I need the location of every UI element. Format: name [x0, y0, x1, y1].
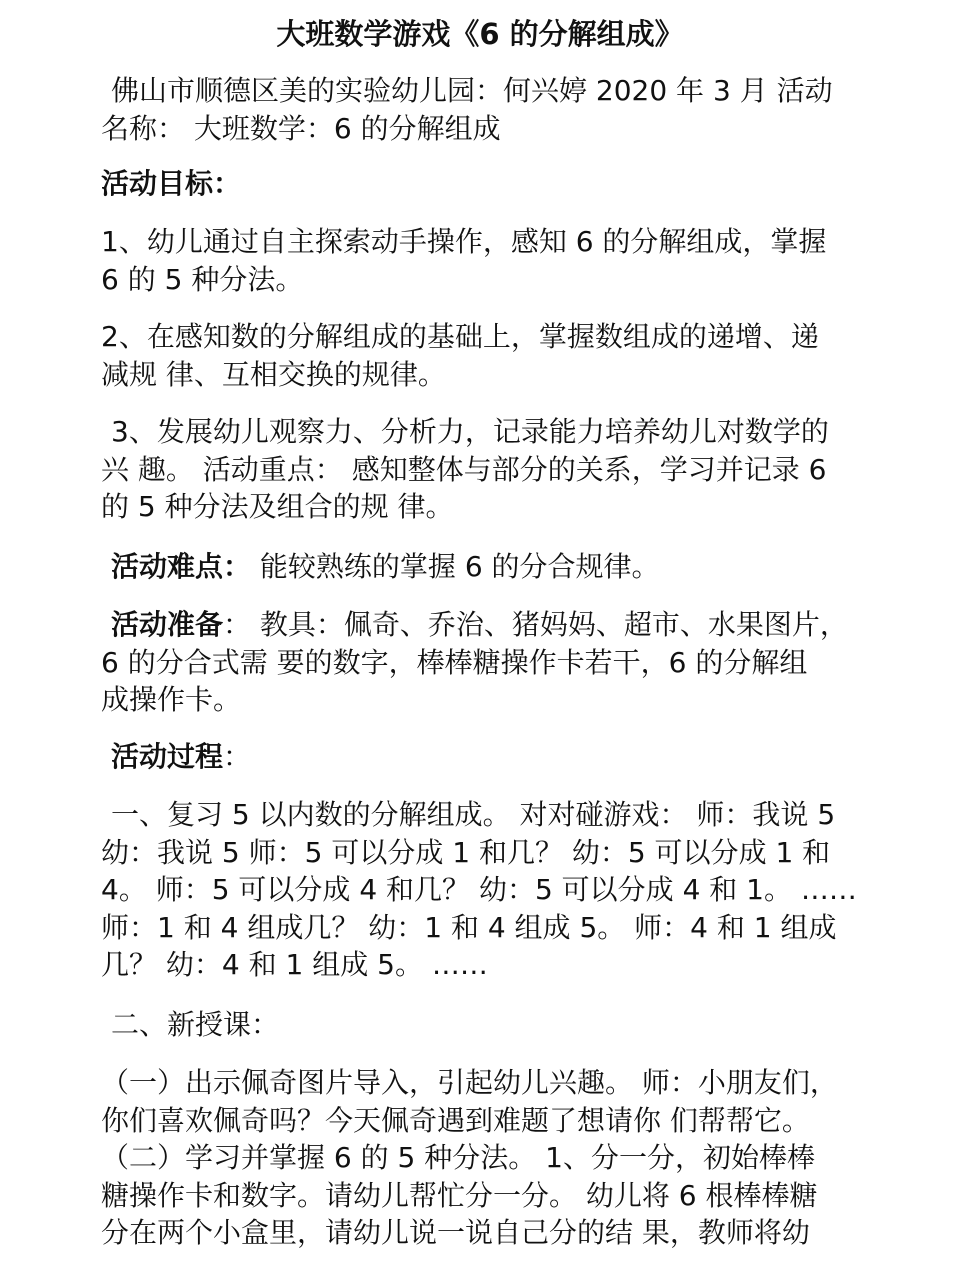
- goal-line: 兴 趣。 活动重点： 感知整体与部分的关系，学习并记录 6: [101, 451, 861, 489]
- goal-item-2: 2、在感知数的分解组成的基础上，掌握数组成的递增、递 减规 律、互相交换的规律。: [101, 318, 861, 393]
- goal-line: 减规 律、互相交换的规律。: [101, 356, 861, 394]
- process-line: 活动过程：: [101, 738, 861, 776]
- section-2-line: 你们喜欢佩奇吗？今天佩奇遇到难题了想请你 们帮帮它。: [101, 1102, 861, 1140]
- goal-line: 2、在感知数的分解组成的基础上，掌握数组成的递增、递: [101, 318, 861, 356]
- difficulty-label: 活动难点：: [111, 550, 251, 583]
- goal-line: 的 5 种分法及组合的规 律。: [101, 488, 861, 526]
- preparation-line: 活动准备： 教具：佩奇、乔治、猪妈妈、超市、水果图片，: [101, 606, 861, 644]
- process-heading: 活动过程：: [101, 738, 861, 776]
- difficulty-text: 能较熟练的掌握 6 的分合规律。: [251, 550, 660, 583]
- section-heading: 二、新授课：: [101, 1006, 861, 1044]
- section-2-line: （一）出示佩奇图片导入，引起幼儿兴趣。 师：小朋友们，: [101, 1064, 861, 1102]
- section-1-line: 一、复习 5 以内数的分解组成。 对对碰游戏： 师：我说 5: [101, 796, 861, 834]
- section-2-line: 糖操作卡和数字。请幼儿帮忙分一分。 幼儿将 6 根棒棒糖: [101, 1177, 861, 1215]
- preparation-line: 成操作卡。: [101, 681, 861, 719]
- goal-line: 6 的 5 种分法。: [101, 261, 861, 299]
- section-2-part-1: （一）出示佩奇图片导入，引起幼儿兴趣。 师：小朋友们， 你们喜欢佩奇吗？今天佩奇…: [101, 1064, 861, 1139]
- section-1-line: 4。 师：5 可以分成 4 和几？ 幼：5 可以分成 4 和 1。 ……: [101, 871, 861, 909]
- section-2-line: （二）学习并掌握 6 的 5 种分法。 1、分一分，初始棒棒: [101, 1139, 861, 1177]
- section-1-line: 几？ 幼：4 和 1 组成 5。 ……: [101, 946, 861, 984]
- process-label: 活动过程: [111, 740, 223, 773]
- header-info-line: 佛山市顺德区美的实验幼儿园：何兴婷 2020 年 3 月 活动: [101, 72, 861, 110]
- preparation-paragraph: 活动准备： 教具：佩奇、乔治、猪妈妈、超市、水果图片， 6 的分合式需 要的数字…: [101, 606, 861, 719]
- section-2-heading: 二、新授课：: [101, 1006, 861, 1044]
- document-page: 大班数学游戏《6 的分解组成》 佛山市顺德区美的实验幼儿园：何兴婷 2020 年…: [0, 0, 960, 1280]
- preparation-line: 6 的分合式需 要的数字，棒棒糖操作卡若干，6 的分解组: [101, 644, 861, 682]
- difficulty-paragraph: 活动难点： 能较熟练的掌握 6 的分合规律。: [101, 548, 861, 586]
- difficulty-line: 活动难点： 能较熟练的掌握 6 的分合规律。: [101, 548, 861, 586]
- header-info: 佛山市顺德区美的实验幼儿园：何兴婷 2020 年 3 月 活动 名称： 大班数学…: [101, 72, 861, 147]
- goal-line: 1、幼儿通过自主探索动手操作，感知 6 的分解组成，掌握: [101, 223, 861, 261]
- process-colon: ：: [223, 740, 251, 773]
- section-2-line: 分在两个小盒里，请幼儿说一说自己分的结 果，教师将幼: [101, 1214, 861, 1252]
- section-1-line: 师：1 和 4 组成几？ 幼：1 和 4 组成 5。 师：4 和 1 组成: [101, 909, 861, 947]
- preparation-label: 活动准备: [111, 608, 223, 641]
- preparation-text: ： 教具：佩奇、乔治、猪妈妈、超市、水果图片，: [223, 608, 848, 641]
- goals-heading: 活动目标：: [101, 165, 861, 203]
- document-title: 大班数学游戏《6 的分解组成》: [0, 14, 960, 54]
- header-info-line: 名称： 大班数学：6 的分解组成: [101, 110, 861, 148]
- section-1-review: 一、复习 5 以内数的分解组成。 对对碰游戏： 师：我说 5 幼：我说 5 师：…: [101, 796, 861, 984]
- goal-item-1: 1、幼儿通过自主探索动手操作，感知 6 的分解组成，掌握 6 的 5 种分法。: [101, 223, 861, 298]
- goal-item-3: 3、发展幼儿观察力、分析力，记录能力培养幼儿对数学的 兴 趣。 活动重点： 感知…: [101, 413, 861, 526]
- goal-line: 3、发展幼儿观察力、分析力，记录能力培养幼儿对数学的: [101, 413, 861, 451]
- section-1-line: 幼：我说 5 师：5 可以分成 1 和几？ 幼：5 可以分成 1 和: [101, 834, 861, 872]
- section-heading: 活动目标：: [101, 165, 861, 203]
- section-2-part-2: （二）学习并掌握 6 的 5 种分法。 1、分一分，初始棒棒 糖操作卡和数字。请…: [101, 1139, 861, 1252]
